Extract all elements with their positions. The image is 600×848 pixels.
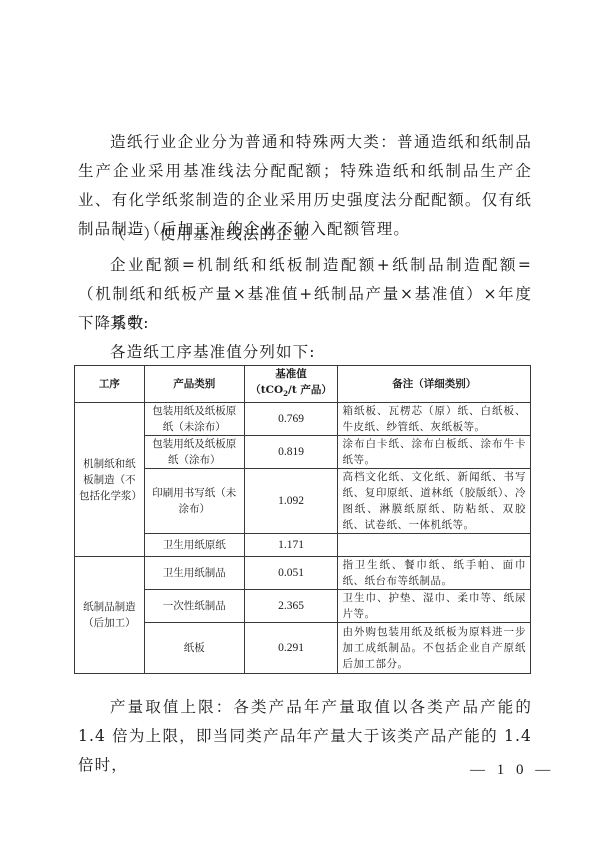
category-cell: 卫生用纸制品 [144, 557, 244, 590]
header-baseline-line1: 基准值 [249, 366, 334, 382]
header-baseline: 基准值 （tCO2/t 产品） [244, 366, 338, 403]
note-cell: 指卫生纸、餐巾纸、纸手帕、面巾纸、纸台布等纸制品。 [338, 557, 531, 590]
value-cell: 0.819 [244, 436, 338, 469]
table-header-row: 工序 产品类别 基准值 （tCO2/t 产品） 备注（详细类别） [75, 366, 531, 403]
value-cell: 1.171 [244, 534, 338, 557]
table-intro: 各造纸工序基准值分列如下: [110, 340, 316, 362]
note-cell [338, 534, 531, 557]
output-limit-paragraph: 产量取值上限：各类产品年产量取值以各类产品产能的 1.4 倍为上限，即当同类产品… [78, 693, 532, 780]
category-cell: 卫生用纸原纸 [144, 534, 244, 557]
note-cell: 由外购包装用纸及纸板为原料进一步加工成纸制品。不包括企业自产原纸后加工部分。 [338, 623, 531, 674]
category-cell: 印刷用书写纸（未涂布） [144, 469, 244, 534]
header-notes: 备注（详细类别） [338, 366, 531, 403]
section-heading: （一）使用基准线法的企业 [110, 222, 309, 244]
category-cell: 包装用纸及纸板原纸（未涂布） [144, 403, 244, 436]
note-cell: 涂布白卡纸、涂布白板纸、涂布牛卡纸等。 [338, 436, 531, 469]
category-cell: 纸板 [144, 623, 244, 674]
header-category: 产品类别 [144, 366, 244, 403]
header-process: 工序 [75, 366, 145, 403]
category-cell: 包装用纸及纸板原纸（涂布） [144, 436, 244, 469]
among-label: 其中: [110, 311, 150, 333]
value-cell: 0.291 [244, 623, 338, 674]
table-row: 纸制品制造（后加工） 卫生用纸制品 0.051 指卫生纸、餐巾纸、纸手帕、面巾纸… [75, 557, 531, 590]
value-cell: 0.051 [244, 557, 338, 590]
process-cell-machine-paper: 机制纸和纸板制造（不包括化学浆） [75, 403, 145, 557]
baseline-table: 工序 产品类别 基准值 （tCO2/t 产品） 备注（详细类别） 机制纸和纸板制… [74, 365, 531, 674]
category-cell: 一次性纸制品 [144, 590, 244, 623]
value-cell: 1.092 [244, 469, 338, 534]
value-cell: 2.365 [244, 590, 338, 623]
value-cell: 0.769 [244, 403, 338, 436]
table-row: 机制纸和纸板制造（不包括化学浆） 包装用纸及纸板原纸（未涂布） 0.769 箱纸… [75, 403, 531, 436]
process-cell-paper-products: 纸制品制造（后加工） [75, 557, 145, 674]
note-cell: 卫生巾、护垫、湿巾、柔巾等、纸尿片等。 [338, 590, 531, 623]
header-baseline-unit: （tCO2/t 产品） [249, 382, 334, 402]
note-cell: 箱纸板、瓦楞芯（原）纸、白纸板、牛皮纸、纱管纸、灰纸板等。 [338, 403, 531, 436]
page-number: — 1 0 — [470, 762, 554, 779]
note-cell: 高档文化纸、文化纸、新闻纸、书写纸、复印原纸、道林纸（胶版纸）、冷图纸、淋膜纸原… [338, 469, 531, 534]
